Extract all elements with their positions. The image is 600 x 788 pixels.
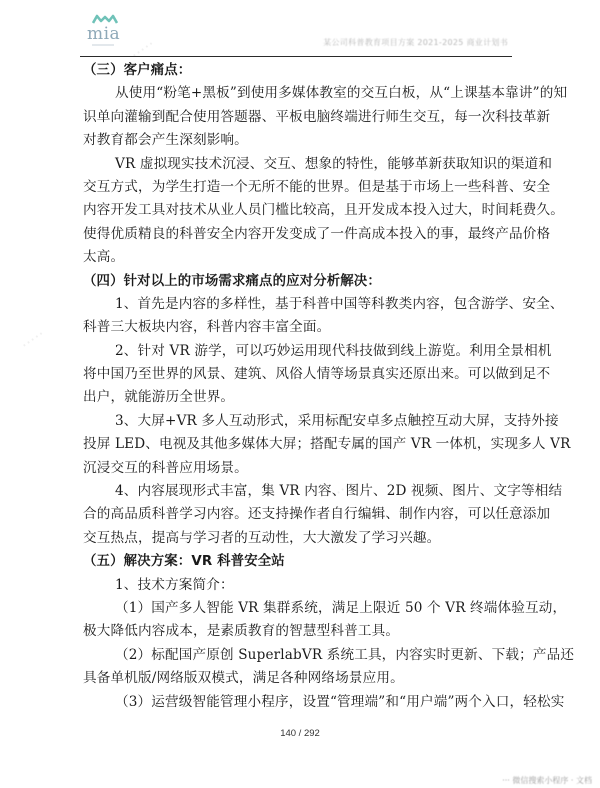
paragraph-line: 出户，就能游历全世界。: [83, 386, 505, 409]
subsection-heading: 1、技术方案简介：: [83, 574, 505, 597]
paragraph-line: VR 虚拟现实技术沉浸、交互、想象的特性，能够革新获取知识的渠道和: [83, 153, 505, 176]
logo-text: mia: [87, 24, 120, 44]
logo-mark-icon: [92, 14, 118, 24]
paragraph-line: 交互热点，提高与学习者的互动性，大大激发了学习兴趣。: [83, 527, 505, 550]
section-heading-5: （五）解决方案：VR 科普安全站: [83, 550, 505, 573]
list-item-2: 2、针对 VR 游学，可以巧妙运用现代科技做到线上游览。利用全景相机: [83, 340, 505, 363]
company-logo: mia: [86, 12, 136, 48]
paragraph-line: 将中国乃至世界的风景、建筑、风俗人情等场景真实还原出来。可以做到足不: [83, 363, 505, 386]
list-item-(1): （1）国产多人智能 VR 集群系统，满足上限近 50 个 VR 终端体验互动，: [83, 597, 505, 620]
paragraph-line: 具备单机版/网络版双模式，满足各种网络场景应用。: [83, 667, 505, 690]
document-page: ····· ····· ····· mia 某公司科普教育项目方案 2021-2…: [0, 0, 600, 788]
list-item-4: 4、内容展现形式丰富，集 VR 内容、图片、2D 视频、图片、文字等相结: [83, 480, 505, 503]
paragraph-line: 对教育都会产生深刻影响。: [83, 129, 505, 152]
list-item-1: 1、首先是内容的多样性，基于科普中国等科教类内容，包含游学、安全、: [83, 293, 505, 316]
header-title: 某公司科普教育项目方案 2021-2025 商业计划书: [323, 37, 508, 48]
watermark: ·····: [17, 324, 49, 354]
paragraph-line: 交互方式，为学生打造一个无所不能的世界。但是基于市场上一些科普、安全: [83, 176, 505, 199]
list-item-(2): （2）标配国产原创 SuperlabVR 系统工具，内容实时更新、下载；产品还: [83, 644, 505, 667]
paragraph-line: 内容开发工具对技术从业人员门槛比较高，且开发成本投入过大，时间耗费久。: [83, 199, 505, 222]
page-number: 140 / 292: [0, 728, 600, 739]
paragraph-line: 从使用“粉笔+黑板”到使用多媒体教室的交互白板，从“上课基本靠讲”的知: [83, 82, 505, 105]
logo-tagline: [92, 44, 114, 46]
paragraph-line: 使得优质精良的科普安全内容开发变成了一件高成本投入的事，最终产品价格: [83, 223, 505, 246]
document-body: （三）客户痛点： 从使用“粉笔+黑板”到使用多媒体教室的交互白板，从“上课基本靠…: [83, 59, 505, 714]
paragraph-line: 投屏 LED、电视及其他多媒体大屏；搭配专属的国产 VR 一体机，实现多人 VR: [83, 433, 505, 456]
footer-watermark: ··· 微信搜索小程序 · 文档: [502, 775, 592, 786]
paragraph-line: 沉浸交互的科普应用场景。: [83, 457, 505, 480]
header-rule: [80, 56, 512, 57]
list-item-3: 3、大屏+VR 多人互动形式，采用标配安卓多点触控互动大屏，支持外接: [83, 410, 505, 433]
paragraph-line: 合的高品质科普学习内容。还支持操作者自行编辑、制作内容，可以任意添加: [83, 503, 505, 526]
list-item-(3): （3）运营级智能管理小程序，设置“管理端”和“用户端”两个入口，轻松实: [83, 691, 505, 714]
paragraph-line: 极大降低内容成本，是素质教育的智慧型科普工具。: [83, 620, 505, 643]
paragraph-line: 太高。: [83, 246, 505, 269]
section-heading-4: （四）针对以上的市场需求痛点的应对分析解决：: [83, 270, 505, 293]
paragraph-line: 识单向灌输到配合使用答题器、平板电脑终端进行师生交互，每一次科技革新: [83, 106, 505, 129]
paragraph-line: 科普三大板块内容，科普内容丰富全面。: [83, 316, 505, 339]
section-heading-3: （三）客户痛点：: [83, 59, 505, 82]
